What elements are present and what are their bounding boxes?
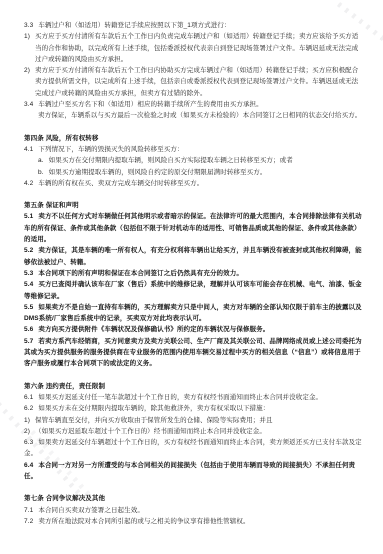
item-number: 1) bbox=[24, 417, 30, 424]
clause-number: 5.6 bbox=[24, 326, 33, 333]
clause-number: 6.2 bbox=[24, 405, 33, 412]
item-text: （如果买方迟延取车超过十个工作日的）经书面通知而终止本合同并没收定金。 bbox=[35, 428, 266, 435]
clause-4-2: 4.2车辆的所有权在买、卖双方完成车辆交付时转移至买方。 bbox=[24, 178, 362, 189]
clause-text: 买方已查阅并确认该车在厂家（售后）系统中的维修记录，理解并认可该车可能会存在机械… bbox=[24, 281, 362, 299]
section-header-7: 第七条 合同争议解决及其他 bbox=[24, 493, 362, 504]
item-number: 2) bbox=[24, 428, 30, 435]
clause-number: 7.2 bbox=[24, 518, 33, 525]
clause-text: 如果卖方不是自始一直持有车辆的，买方理解卖方只是中间人，卖方对车辆的全部认知仅限… bbox=[24, 304, 362, 322]
clause-number: 5.2 bbox=[24, 247, 33, 254]
clause-5-6: 5.6卖方向买方提供附件《车辆状况及保修确认书》所约定的车辆状况与保修服务。 bbox=[24, 324, 362, 335]
clause-number: 6.1 bbox=[24, 394, 33, 401]
clause-5-5: 5.5如果卖方不是自始一直持有车辆的，买方理解卖方只是中间人，卖方对车辆的全部认… bbox=[24, 302, 362, 325]
clause-number: 5.4 bbox=[24, 281, 33, 288]
clause-text: 本合同自买卖双方签署之日起生效。 bbox=[38, 507, 144, 514]
clause-3-4: 3.4车辆过户至买方名下和（如适用）相应的转籍手续所产生的费用由买方承担。 bbox=[24, 99, 362, 110]
clause-5-4: 5.4买方已查阅并确认该车在厂家（售后）系统中的维修记录，理解并认可该车可能会存… bbox=[24, 279, 362, 302]
clause-text: 如果买方迟延支付任一笔车款超过十个工作日的，卖方有权经书面通知而终止本合同并没收… bbox=[38, 394, 322, 401]
clause-number: 6.3 bbox=[24, 439, 33, 446]
section-header-5: 第五条 保证和声明 bbox=[24, 200, 362, 211]
clause-3-3-item-1: 1) 买方应于买方付清所有车款后五个工作日内负责完成车辆过户和（如适用）转籍登记… bbox=[24, 31, 362, 65]
clause-5-1: 5.1卖方不以任何方式对车辆做任何其他明示或者暗示的保证。在法律许可的最大范围内… bbox=[24, 211, 362, 245]
clause-number: 5.1 bbox=[24, 213, 33, 220]
clause-text: 卖方向买方提供附件《车辆状况及保修确认书》所约定的车辆状况与保修服务。 bbox=[38, 326, 269, 333]
item-number: a. bbox=[38, 155, 44, 166]
clause-number: 4.2 bbox=[24, 180, 33, 187]
item-text: 保管车辆直至交付，并向买方收取由于保管所发生的仓储、保险等实际费用；并且 bbox=[35, 417, 273, 424]
clause-3-3-item-2: 2) 卖方应于买方付清所有车款后五个工作日内协助买方完成车辆过户和（如适用）转籍… bbox=[24, 65, 362, 99]
clause-6-2-item-1: 1)保管车辆直至交付，并向买方收取由于保管所发生的仓储、保险等实际费用；并且 bbox=[24, 415, 362, 426]
item-text: 如果买方逾期提取车辆的，则风险自约定的原交付期限届满时转移至买方。 bbox=[49, 167, 362, 178]
clause-number: 5.5 bbox=[24, 304, 33, 311]
clause-text: 如果卖方迟延交付车辆超过十个工作日的，买方有权经书面通知而终止本合同，卖方须返还… bbox=[24, 439, 362, 457]
clause-6-4: 6.4本合同一方对另一方所遭受的与本合同相关的间接损失（包括由于使用车辆而导致的… bbox=[24, 460, 362, 483]
clause-5-2: 5.2卖方保证，其是车辆的唯一所有权人，有充分权利将车辆出让给买方，并且车辆没有… bbox=[24, 245, 362, 268]
clause-text: 本合同一方对另一方所遭受的与本合同相关的间接损失（包括由于使用车辆而导致的间接损… bbox=[24, 462, 355, 480]
clause-text: 卖方保证，其是车辆的唯一所有权人，有充分权利将车辆出让给买方，并且车辆没有被查封… bbox=[24, 247, 362, 265]
clause-text: 车辆过户和（如适用）转籍登记手续应按照以下第_1项方式进行： bbox=[38, 22, 230, 29]
clause-number: 5.3 bbox=[24, 270, 33, 277]
clause-number: 4.1 bbox=[24, 146, 33, 153]
clause-6-2-item-2: 2)（如果买方迟延取车超过十个工作日的）经书面通知而终止本合同并没收定金。 bbox=[24, 426, 362, 437]
clause-3-3: 3.3车辆过户和（如适用）转籍登记手续应按照以下第_1项方式进行： bbox=[24, 20, 362, 31]
clause-5-7: 5.7若卖方系汽车经销商，买方同意卖方及卖方关联公司、生产厂商及其关联公司、品牌… bbox=[24, 336, 362, 370]
clause-6-2: 6.2如果买方未在交付期限内提取车辆的，除其他救济外，卖方有权采取以下措施： bbox=[24, 403, 362, 414]
item-text: 买方应于买方付清所有车款后五个工作日内负责完成车辆过户和（如适用）转籍登记手续；… bbox=[35, 31, 362, 65]
clause-number: 7.1 bbox=[24, 507, 33, 514]
clause-text: 车辆的所有权在买、卖双方完成车辆交付时转移至买方。 bbox=[38, 180, 203, 187]
clause-number: 3.3 bbox=[24, 22, 33, 29]
clause-text: 卖方所在地法院对本合同所引起的或与之相关的争议享有排他性管辖权。 bbox=[38, 518, 249, 525]
clause-number: 5.7 bbox=[24, 338, 33, 345]
clause-number: 6.4 bbox=[24, 462, 33, 469]
item-number: 2) bbox=[24, 65, 30, 76]
clause-text: 若卖方系汽车经销商，买方同意卖方及卖方关联公司、生产厂商及其关联公司、品牌网络成… bbox=[24, 338, 362, 368]
clause-text: 卖方不以任何方式对车辆做任何其他明示或者暗示的保证。在法律许可的最大范围内，本合… bbox=[24, 213, 362, 243]
clause-5-3: 5.3本合同项下的所有声明和保证在本合同签订之后仍然具有充分的效力。 bbox=[24, 268, 362, 279]
item-text: 卖方应于买方付清所有车款后五个工作日内协助买方完成车辆过户和（如适用）转籍登记手… bbox=[35, 65, 362, 99]
section-header-4: 第四条 风险，所有权转移 bbox=[24, 133, 362, 144]
clause-6-1: 6.1如果买方迟延支付任一笔车款超过十个工作日的，卖方有权经书面通知而终止本合同… bbox=[24, 392, 362, 403]
clause-4-1-item-b: b. 如果买方逾期提取车辆的，则风险自约定的原交付期限届满时转移至买方。 bbox=[38, 167, 362, 178]
clause-7-2: 7.2卖方所在地法院对本合同所引起的或与之相关的争议享有排他性管辖权。 bbox=[24, 516, 362, 527]
clause-4-1-item-a: a. 如果买方在交付期限内提取车辆，则风险自买方实际提取车辆之日转移至买方；或者 bbox=[38, 155, 362, 166]
item-text: 如果买方在交付期限内提取车辆，则风险自买方实际提取车辆之日转移至买方；或者 bbox=[49, 155, 362, 166]
clause-text: 本合同项下的所有声明和保证在本合同签订之后仍然具有充分的效力。 bbox=[38, 270, 243, 277]
clause-text: 卖方保证，车辆系以与买方最后一次检验之时或（如果买方未检验的）本合同签订之日相同… bbox=[38, 112, 361, 119]
clause-7-1: 7.1本合同自买卖双方签署之日起生效。 bbox=[24, 505, 362, 516]
clause-text: 下列情况下，车辆的毁损灭失的风险转移至买方： bbox=[38, 146, 183, 153]
item-number: 1) bbox=[24, 31, 30, 42]
item-number: b. bbox=[38, 167, 44, 178]
clause-3-4-note: 卖方保证，车辆系以与买方最后一次检验之时或（如果买方未检验的）本合同签订之日相同… bbox=[38, 110, 362, 121]
clause-text: 车辆过户至买方名下和（如适用）相应的转籍手续所产生的费用由买方承担。 bbox=[38, 101, 262, 108]
clause-6-3: 6.3如果卖方迟延交付车辆超过十个工作日的，买方有权经书面通知而终止本合同，卖方… bbox=[24, 437, 362, 460]
section-header-6: 第六条 违约责任，责任限制 bbox=[24, 381, 362, 392]
clause-text: 如果买方未在交付期限内提取车辆的，除其他救济外，卖方有权采取以下措施： bbox=[38, 405, 269, 412]
clause-4-1: 4.1下列情况下，车辆的毁损灭失的风险转移至买方： bbox=[24, 144, 362, 155]
clause-number: 3.4 bbox=[24, 101, 33, 108]
contract-document-page: 3.3车辆过户和（如适用）转籍登记手续应按照以下第_1项方式进行： 1) 买方应… bbox=[0, 0, 383, 554]
